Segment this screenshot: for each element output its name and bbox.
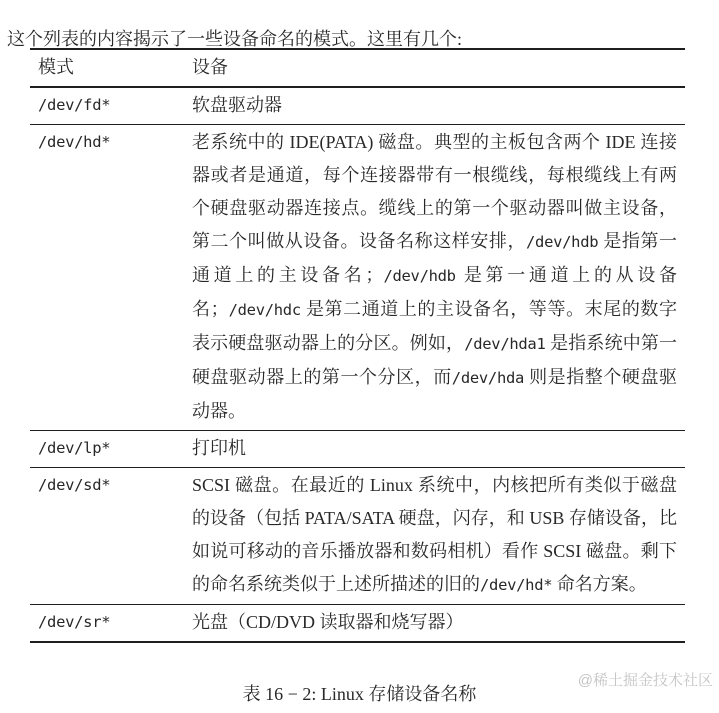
column-header-device: 设备	[192, 50, 685, 86]
table-row: /dev/hd* 老系统中的 IDE(PATA) 磁盘。典型的主板包含两个 ID…	[30, 125, 685, 431]
table-row: /dev/sd* SCSI 磁盘。在最近的 Linux 系统中，内核把所有类似于…	[30, 468, 685, 605]
table-row: /dev/sr* 光盘（CD/DVD 读取器和烧写器）	[30, 605, 685, 641]
device-description: SCSI 磁盘。在最近的 Linux 系统中，内核把所有类似于磁盘的设备（包括 …	[192, 468, 685, 604]
device-pattern: /dev/lp*	[30, 431, 192, 467]
document-page: 这个列表的内容揭示了一些设备命名的模式。这里有几个: 模式 设备 /dev/fd…	[0, 0, 719, 713]
inline-device-path: /dev/hda1	[464, 335, 545, 353]
column-header-pattern: 模式	[30, 50, 192, 86]
inline-device-path: /dev/hdb	[383, 267, 455, 285]
device-description: 光盘（CD/DVD 读取器和烧写器）	[192, 605, 685, 641]
device-description: 老系统中的 IDE(PATA) 磁盘。典型的主板包含两个 IDE 连接器或者是通…	[192, 125, 685, 430]
device-pattern: /dev/sr*	[30, 605, 192, 641]
inline-device-path: /dev/hda	[452, 369, 524, 387]
device-description: 软盘驱动器	[192, 88, 685, 124]
table-row: /dev/fd* 软盘驱动器	[30, 88, 685, 125]
device-pattern: /dev/fd*	[30, 88, 192, 124]
device-naming-table: 模式 设备 /dev/fd* 软盘驱动器 /dev/hd* 老系统中的 IDE(…	[30, 48, 685, 643]
table-row: /dev/lp* 打印机	[30, 431, 685, 468]
inline-device-path: /dev/hdc	[229, 301, 301, 319]
inline-device-path: /dev/hdb	[526, 233, 598, 251]
device-pattern: /dev/sd*	[30, 468, 192, 604]
table-header-row: 模式 设备	[30, 50, 685, 88]
inline-device-path: /dev/hd*	[480, 576, 552, 594]
watermark-text: @稀土掘金技术社区	[578, 669, 713, 690]
device-description: 打印机	[192, 431, 685, 467]
table-body: /dev/fd* 软盘驱动器 /dev/hd* 老系统中的 IDE(PATA) …	[30, 88, 685, 641]
device-pattern: /dev/hd*	[30, 125, 192, 430]
